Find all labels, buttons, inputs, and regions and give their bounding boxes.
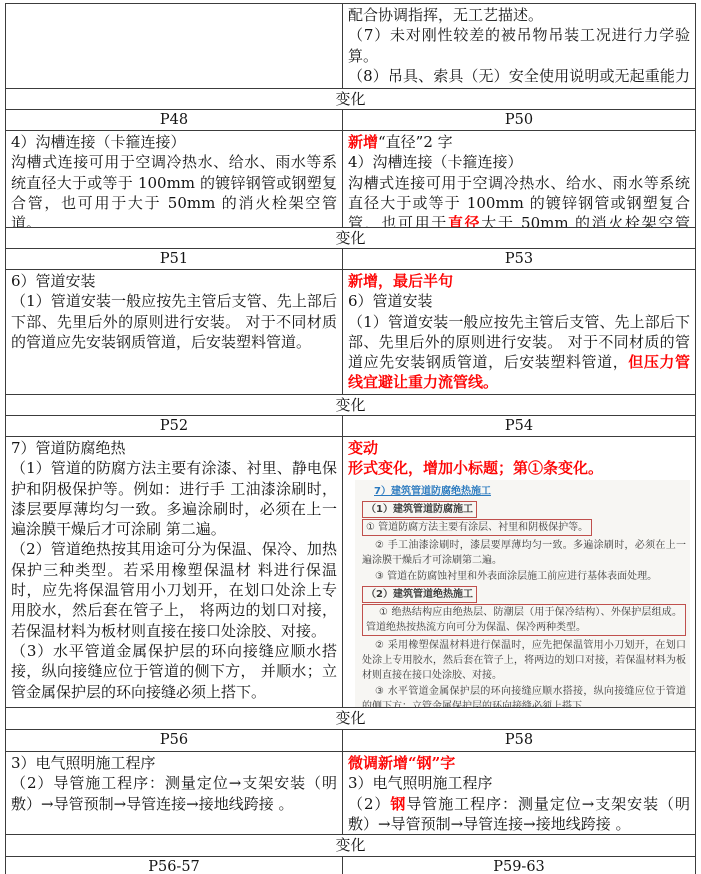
table-row: 6）管道安装 （1）管道安装一般应按先主管后支管、先上部后下部、先里后外的原则进… [6,269,695,394]
change-annotation: 微调新增“钢”字 [348,753,690,773]
paragraph: （3）水平管道金属保护层的环向接缝应顺水搭接，纵向接缝应位于管道的侧下方， 并顺… [11,641,337,702]
change-annotation: 新增，最后半句 [348,271,690,291]
page-ref-right: P54 [343,416,695,436]
page-ref-row: P48 P50 [6,109,695,130]
text-segment: 直径 [448,214,481,227]
page-ref-left: P48 [6,110,343,130]
screenshot-line: 7）建筑管道防腐绝热施工 [362,484,686,499]
red-boxed-text: ① 管道防腐方法主要有涂层、衬里和阴极保护等。 [362,519,592,536]
paragraph: （1）管道的防腐方法主要有涂漆、衬里、静电保护和阴极保护等。例如：进行手 工油漆… [11,458,337,539]
section-heading: 6）管道安装 [11,271,337,291]
new-version-cell: 微调新增“钢”字 3）电气照明施工程序 （2）钢导管施工程序：测量定位→支架安装… [343,752,695,834]
old-version-cell-empty [6,4,343,88]
change-header-row: 变化 [6,707,695,729]
red-boxed-text: ① 绝热结构应由绝热层、防潮层（用于保冷结构）、外保护层组成。管道绝热按热流方向… [362,604,686,636]
paragraph: （1）管道安装一般应按先主管后支管、先上部后下部、先里后外的原则进行安装。 对于… [11,291,337,352]
new-version-cell: 新增，最后半句 6）管道安装 （1）管道安装一般应按先主管后支管、先上部后下部、… [343,270,695,394]
change-header-row: 变化 [6,834,695,856]
paragraph: （7）未对刚性较差的被吊物吊装工况进行力学验算。 [348,25,690,66]
old-version-cell: 3）电气照明施工程序 （2）导管施工程序：测量定位→支架安装（明敷）→导管预制→… [6,752,343,834]
paragraph: （1）管道安装一般应按先主管后支管、先上部后下部、先里后外的原则进行安装。 对于… [348,312,690,393]
page-ref-left: P52 [6,416,343,436]
page-ref-row: P51 P53 [6,248,695,269]
embedded-screenshot: 7）建筑管道防腐绝热施工 （1）建筑管道防腐施工 ① 管道防腐方法主要有涂层、衬… [355,480,690,707]
screenshot-line: ① 管道防腐方法主要有涂层、衬里和阴极保护等。 [362,519,686,536]
page-ref-row: P56 P58 [6,729,695,751]
change-header-row: 变化 [6,88,695,109]
comparison-table: 配合协调指挥，无工艺描述。 （7）未对刚性较差的被吊物吊装工况进行力学验算。 （… [5,3,696,874]
page-ref-right: P50 [343,110,695,130]
text-segment: 微调新增“钢”字 [348,754,455,772]
page-ref-left: P51 [6,249,343,269]
paragraph: 沟槽式连接可用于空调冷热水、给水、雨水等系统直径大于或等于 100mm 的镀锌钢… [348,173,690,227]
change-annotation: 变动 [348,438,690,458]
change-header-row: 变化 [6,394,695,415]
red-boxed-text: （2）建筑管道绝热施工 [362,586,477,603]
section-heading: 3）电气照明施工程序 [11,753,337,773]
section-heading: 6）管道安装 [348,291,690,311]
table-row: 3）电气照明施工程序 （2）导管施工程序：测量定位→支架安装（明敷）→导管预制→… [6,751,695,834]
page-ref-row: P52 P54 [6,415,695,436]
paragraph: 沟槽式连接可用于空调冷热水、给水、雨水等系统直径大于或等于 100mm 的镀锌钢… [11,152,337,227]
red-boxed-text: （1）建筑管道防腐施工 [362,501,477,518]
text-segment: 钢 [390,795,406,813]
change-header-row: 变化 [6,227,695,248]
screenshot-line: （2）建筑管道绝热施工 [362,586,686,603]
new-version-cell: 新增“直径”2 字 4）沟槽连接（卡箍连接） 沟槽式连接可用于空调冷热水、给水、… [343,131,695,227]
paragraph: （2）导管施工程序：测量定位→支架安装（明敷）→导管预制→导管连接→接地线跨接 … [11,773,337,814]
screenshot-line: ③ 水平管道金属保护层的环向接缝应顺水搭接，纵向接缝应位于管道的侧下方；立管金属… [362,684,686,707]
section-heading: 4）沟槽连接（卡箍连接） [348,152,690,172]
page-ref-left: P56 [6,730,343,751]
screenshot-line: ② 手工油漆涂刷时，漆层要厚薄均匀一致。多遍涂刷时，必须在上一遍涂膜干燥后才可涂… [362,538,686,568]
old-version-cell: 7）管道防腐绝热 （1）管道的防腐方法主要有涂漆、衬里、静电保护和阴极保护等。例… [6,437,343,707]
paragraph: （8）吊具、索具（无）安全使用说明或无起重能力的验算。 [348,66,690,88]
table-row: 4）沟槽连接（卡箍连接） 沟槽式连接可用于空调冷热水、给水、雨水等系统直径大于或… [6,130,695,227]
document-page: 配合协调指挥，无工艺描述。 （7）未对刚性较差的被吊物吊装工况进行力学验算。 （… [0,0,701,874]
screenshot-line: ③ 管道在防腐蚀衬里和外表面涂层施工前应进行基体表面处理。 [362,569,686,584]
page-ref-left: P56-57 [6,857,343,874]
page-ref-row: P56-57 P59-63 [6,856,695,874]
new-version-cell: 变动 形式变化，增加小标题；第①条变化。 7）建筑管道防腐绝热施工 （1）建筑管… [343,437,695,707]
text-segment: 新增 [348,133,378,151]
paragraph: （2）管道绝热按其用途可分为保温、保冷、加热保护三种类型。若采用橡塑保温材 料进… [11,539,337,640]
page-ref-right: P58 [343,730,695,751]
table-row: 配合协调指挥，无工艺描述。 （7）未对刚性较差的被吊物吊装工况进行力学验算。 （… [6,4,695,88]
screenshot-line: （1）建筑管道防腐施工 [362,501,686,518]
blue-section-heading: 7）建筑管道防腐绝热施工 [374,484,491,499]
change-annotation: 形式变化，增加小标题；第①条变化。 [348,458,690,478]
page-ref-right: P53 [343,249,695,269]
section-heading: 7）管道防腐绝热 [11,438,337,458]
old-version-cell: 4）沟槽连接（卡箍连接） 沟槽式连接可用于空调冷热水、给水、雨水等系统直径大于或… [6,131,343,227]
paragraph: （2）钢导管施工程序：测量定位→支架安装（明敷）→导管预制→导管连接→接地线跨接… [348,794,690,834]
section-heading: 4）沟槽连接（卡箍连接） [11,132,337,152]
new-version-cell: 配合协调指挥，无工艺描述。 （7）未对刚性较差的被吊物吊装工况进行力学验算。 （… [343,4,695,88]
change-annotation: 新增“直径”2 字 [348,132,690,152]
text-segment: （2） [348,795,390,813]
old-version-cell: 6）管道安装 （1）管道安装一般应按先主管后支管、先上部后下部、先里后外的原则进… [6,270,343,394]
section-heading: 3）电气照明施工程序 [348,773,690,793]
screenshot-line: ② 采用橡塑保温材料进行保温时，应先把保温管用小刀划开，在划口处涂上专用胶水，然… [362,638,686,683]
paragraph: 配合协调指挥，无工艺描述。 [348,5,690,25]
page-ref-right: P59-63 [343,857,695,874]
text-segment: 新增，最后半句 [348,272,453,290]
table-row: 7）管道防腐绝热 （1）管道的防腐方法主要有涂漆、衬里、静电保护和阴极保护等。例… [6,436,695,707]
text-segment: “直径”2 字 [378,133,453,151]
